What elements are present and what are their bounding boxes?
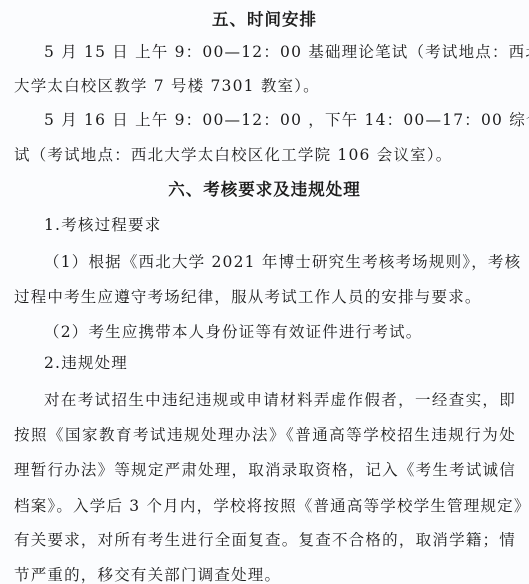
schedule-may15-line2: 大学太白校区教学 7 号楼 7301 教室）。 [14, 76, 516, 96]
schedule-may16-line2: 试（考试地点：西北大学太白校区化工学院 106 会议室）。 [14, 145, 516, 165]
document-page: 五、时间安排 5 月 15 日 上午 9：00—12：00 基础理论笔试（考试地… [0, 0, 529, 584]
section-heading-schedule: 五、时间安排 [0, 10, 529, 30]
subheading-process-requirements: 1.考核过程要求 [44, 215, 516, 235]
violation-line6: 节严重的，移交有关部门调查处理。 [14, 565, 516, 584]
section-heading-requirements: 六、考核要求及违规处理 [0, 180, 529, 200]
violation-line1: 对在考试招生中违纪违规或申请材料弄虚作假者，一经查实，即 [44, 390, 516, 410]
violation-line2: 按照《国家教育考试违规处理办法》《普通高等学校招生违规行为处 [14, 425, 516, 445]
violation-line5: 有关要求，对所有考生进行全面复查。复查不合格的，取消学籍；情 [14, 530, 516, 550]
subheading-violation-handling: 2.违规处理 [44, 353, 516, 373]
violation-line4: 档案》。入学后 3 个月内，学校将按照《普通高等学校学生管理规定》 [14, 496, 516, 516]
schedule-may15-line1: 5 月 15 日 上午 9：00—12：00 基础理论笔试（考试地点：西北 [44, 42, 516, 62]
requirement-1-line1: （1）根据《西北大学 2021 年博士研究生考核考场规则》，考核 [44, 252, 516, 272]
requirement-2: （2）考生应携带本人身份证等有效证件进行考试。 [44, 322, 516, 342]
violation-line3: 理暂行办法》等规定严肃处理，取消录取资格，记入《考生考试诚信 [14, 460, 516, 480]
requirement-1-line2: 过程中考生应遵守考场纪律，服从考试工作人员的安排与要求。 [14, 287, 516, 307]
schedule-may16-line1: 5 月 16 日 上午 9：00—12：00 ，下午 14：00—17：00 综… [44, 110, 516, 130]
